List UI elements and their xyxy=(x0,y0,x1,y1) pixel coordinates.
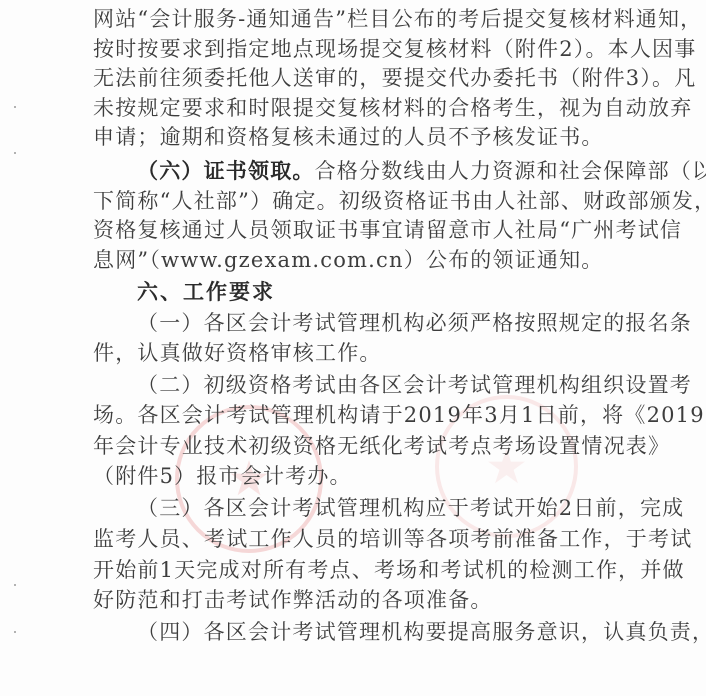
section-certificate-text: 合格分数线由人力资源和社会保障部（以 xyxy=(315,159,706,183)
section-heading-work-requirements: 六、工作要求 xyxy=(137,277,613,307)
paragraph-line: 好防范和打击考试作弊活动的各项准备。 xyxy=(93,585,613,615)
paragraph-line: 资格复核通过人员领取证书事宜请留意市人社局“广州考试信 xyxy=(93,215,613,245)
scan-speck xyxy=(14,106,16,108)
paragraph-line: 场。各区会计考试管理机构请于2019年3月1日前，将《2019 xyxy=(93,400,613,430)
paragraph-line: 年会计专业技术初级资格无纸化考试考点考场设置情况表》 xyxy=(93,431,613,461)
scan-speck xyxy=(14,152,16,154)
paragraph-line: 按时按要求到指定地点现场提交复核材料（附件2）。本人因事 xyxy=(93,34,613,64)
paragraph-line: 申请；逾期和资格复核未通过的人员不予核发证书。 xyxy=(93,122,613,152)
paragraph-line: 开始前1天完成对所有考点、考场和考试机的检测工作，并做 xyxy=(93,555,613,585)
paragraph-line: 件，认真做好资格审核工作。 xyxy=(93,338,613,368)
section-certificate-title: （六）证书领取。 xyxy=(137,158,315,183)
item-2-first-line: （二）初级资格考试由各区会计考试管理机构组织设置考 xyxy=(137,370,613,400)
scan-speck xyxy=(14,631,16,633)
item-3-first-line: （三）各区会计考试管理机构应于考试开始2日前，完成 xyxy=(137,493,613,523)
item-1-first-line: （一）各区会计考试管理机构必须严格按照规定的报名条 xyxy=(137,308,613,338)
item-4-first-line: （四）各区会计考试管理机构要提高服务意识，认真负责， xyxy=(137,617,613,647)
paragraph-line: （附件5）报市会计考办。 xyxy=(93,461,613,491)
paragraph-line: 监考人员、考试工作人员的培训等各项考前准备工作，于考试 xyxy=(93,524,613,554)
document-page: ★ ★ 网站“会计服务-通知通告”栏目公布的考后提交复核材料通知， 按时按要求到… xyxy=(0,0,706,696)
paragraph-line: 息网”（www.gzexam.com.cn）公布的领证通知。 xyxy=(93,245,613,275)
scan-speck xyxy=(14,584,16,586)
paragraph-line: 网站“会计服务-通知通告”栏目公布的考后提交复核材料通知， xyxy=(93,4,613,34)
section-certificate-first-line: （六）证书领取。合格分数线由人力资源和社会保障部（以 xyxy=(137,156,613,186)
paragraph-line: 下简称“人社部”）确定。初级资格证书由人社部、财政部颁发， xyxy=(93,186,613,216)
paragraph-line: 无法前往须委托他人送审的，要提交代办委托书（附件3）。凡 xyxy=(93,63,613,93)
paragraph-line: 未按规定要求和时限提交复核材料的合格考生，视为自动放弃 xyxy=(93,93,613,123)
